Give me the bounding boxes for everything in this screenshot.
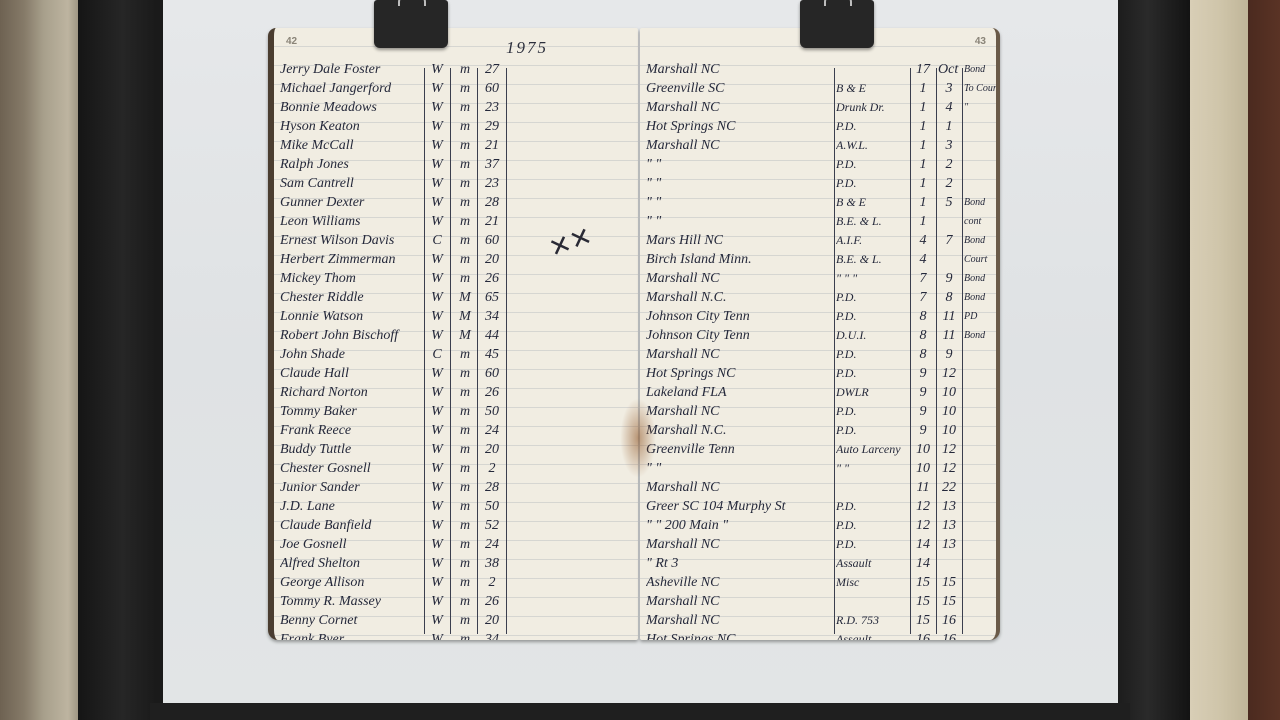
entry-name: Leon Williams bbox=[280, 212, 422, 231]
entry-note: Court bbox=[964, 250, 998, 269]
entry-date-in: 8 bbox=[912, 326, 934, 345]
entry-date-in: 1 bbox=[912, 136, 934, 155]
ledger-row: Greenville SCB & E13To Court bbox=[640, 79, 996, 98]
wall-left bbox=[0, 0, 80, 720]
entry-age: 26 bbox=[480, 592, 504, 611]
ledger-row: Marshall NC1515 bbox=[640, 592, 996, 611]
entry-name: Chester Gosnell bbox=[280, 459, 422, 478]
ledger-row: Richard NortonWm26 bbox=[274, 383, 638, 402]
entry-race: W bbox=[426, 174, 448, 193]
entry-age: 23 bbox=[480, 174, 504, 193]
ledger-row: Marshall NCDrunk Dr.14" bbox=[640, 98, 996, 117]
entry-date-in: 10 bbox=[912, 459, 934, 478]
entry-name: Jerry Dale Foster bbox=[280, 60, 422, 79]
entry-sex: M bbox=[454, 307, 476, 326]
entry-address: Hot Springs NC bbox=[646, 364, 832, 383]
entry-name: Ernest Wilson Davis bbox=[280, 231, 422, 250]
ledger-row: Marshall NCP.D.910 bbox=[640, 402, 996, 421]
entry-date-in: 1 bbox=[912, 212, 934, 231]
entry-sex: m bbox=[454, 459, 476, 478]
entry-address: " " 200 Main " bbox=[646, 516, 832, 535]
entry-race: W bbox=[426, 459, 448, 478]
entry-age: 60 bbox=[480, 231, 504, 250]
entry-address: Marshall N.C. bbox=[646, 288, 832, 307]
ledger-row: Buddy TuttleWm20 bbox=[274, 440, 638, 459]
ledger-row: Chester RiddleWM65 bbox=[274, 288, 638, 307]
ledger-row: Ralph JonesWm37 bbox=[274, 155, 638, 174]
entry-sex: m bbox=[454, 174, 476, 193]
entry-address: " " bbox=[646, 193, 832, 212]
entry-date-in: 1 bbox=[912, 193, 934, 212]
ledger-row: Marshall N.C.P.D.78Bond bbox=[640, 288, 996, 307]
entry-race: W bbox=[426, 516, 448, 535]
entry-charge: P.D. bbox=[836, 364, 906, 383]
entry-charge: A.W.L. bbox=[836, 136, 906, 155]
entry-age: 34 bbox=[480, 307, 504, 326]
entry-name: Claude Banfield bbox=[280, 516, 422, 535]
entry-sex: m bbox=[454, 497, 476, 516]
entry-date-out: 9 bbox=[938, 345, 960, 364]
ledger-row: Michael JangerfordWm60 bbox=[274, 79, 638, 98]
entry-name: Junior Sander bbox=[280, 478, 422, 497]
entry-date-out: Oct 30 bbox=[938, 60, 960, 79]
entry-age: 27 bbox=[480, 60, 504, 79]
entry-age: 65 bbox=[480, 288, 504, 307]
entry-date-out: 7 bbox=[938, 231, 960, 250]
entry-charge: P.D. bbox=[836, 402, 906, 421]
entry-charge: P.D. bbox=[836, 288, 906, 307]
entry-address: Marshall NC bbox=[646, 98, 832, 117]
entry-date-out: 13 bbox=[938, 497, 960, 516]
entry-date-out: 10 bbox=[938, 402, 960, 421]
entry-name: John Shade bbox=[280, 345, 422, 364]
entry-address: " " bbox=[646, 174, 832, 193]
entry-sex: m bbox=[454, 250, 476, 269]
entry-date-in: 17 bbox=[912, 60, 934, 79]
entry-sex: m bbox=[454, 269, 476, 288]
entry-charge: A.I.F. bbox=[836, 231, 906, 250]
left-entries: Jerry Dale FosterWm27Michael JangerfordW… bbox=[274, 60, 638, 640]
entry-charge: Auto Larceny bbox=[836, 440, 906, 459]
ledger-row: Bonnie MeadowsWm23 bbox=[274, 98, 638, 117]
entry-note: Bond bbox=[964, 60, 998, 79]
entry-age: 52 bbox=[480, 516, 504, 535]
entry-date-out: 2 bbox=[938, 155, 960, 174]
entry-age: 45 bbox=[480, 345, 504, 364]
entry-date-in: 8 bbox=[912, 307, 934, 326]
entry-charge: P.D. bbox=[836, 421, 906, 440]
ledger-row: Marshall NCP.D.89 bbox=[640, 345, 996, 364]
entry-age: 20 bbox=[480, 440, 504, 459]
entry-name: Michael Jangerford bbox=[280, 79, 422, 98]
entry-name: J.D. Lane bbox=[280, 497, 422, 516]
entry-address: Johnson City Tenn bbox=[646, 326, 832, 345]
ledger-row: Birch Island Minn.B.E. & L.4Court bbox=[640, 250, 996, 269]
entry-sex: m bbox=[454, 345, 476, 364]
entry-name: Herbert Zimmerman bbox=[280, 250, 422, 269]
ledger-row: Mars Hill NCA.I.F.47Bond bbox=[640, 231, 996, 250]
entry-address: Marshall NC bbox=[646, 592, 832, 611]
ledger-row: Marshall NC17Oct 30Bond bbox=[640, 60, 996, 79]
entry-name: Hyson Keaton bbox=[280, 117, 422, 136]
entry-note: Bond bbox=[964, 231, 998, 250]
entry-date-in: 14 bbox=[912, 554, 934, 573]
entry-name: Bonnie Meadows bbox=[280, 98, 422, 117]
entry-charge: B.E. & L. bbox=[836, 212, 906, 231]
entry-race: W bbox=[426, 155, 448, 174]
entry-date-in: 1 bbox=[912, 98, 934, 117]
entry-age: 2 bbox=[480, 459, 504, 478]
entry-age: 28 bbox=[480, 193, 504, 212]
entry-name: Frank Byer bbox=[280, 630, 422, 640]
ledger-row: Tommy R. MasseyWm26 bbox=[274, 592, 638, 611]
entry-race: W bbox=[426, 478, 448, 497]
entry-charge: B & E bbox=[836, 193, 906, 212]
entry-age: 60 bbox=[480, 364, 504, 383]
entry-name: Claude Hall bbox=[280, 364, 422, 383]
entry-address: " " bbox=[646, 459, 832, 478]
entry-date-out: 2 bbox=[938, 174, 960, 193]
entry-date-out: 4 bbox=[938, 98, 960, 117]
ledger-row: Marshall N.C.P.D.910 bbox=[640, 421, 996, 440]
entry-race: W bbox=[426, 364, 448, 383]
entry-race: W bbox=[426, 421, 448, 440]
frame-bottom-edge bbox=[150, 703, 1130, 720]
entry-note: Bond bbox=[964, 269, 998, 288]
entry-address: Marshall NC bbox=[646, 611, 832, 630]
entry-address: Marshall NC bbox=[646, 535, 832, 554]
entry-age: 20 bbox=[480, 250, 504, 269]
entry-age: 23 bbox=[480, 98, 504, 117]
entry-race: W bbox=[426, 497, 448, 516]
entry-date-out: 16 bbox=[938, 611, 960, 630]
entry-date-out: 15 bbox=[938, 573, 960, 592]
entry-address: Hot Springs NC bbox=[646, 117, 832, 136]
entry-date-in: 15 bbox=[912, 573, 934, 592]
entry-race: C bbox=[426, 231, 448, 250]
ledger-row: Mickey ThomWm26 bbox=[274, 269, 638, 288]
entry-race: W bbox=[426, 98, 448, 117]
entry-race: W bbox=[426, 402, 448, 421]
ledger-row: Junior SanderWm28 bbox=[274, 478, 638, 497]
ledger-row: Gunner DexterWm28 bbox=[274, 193, 638, 212]
entry-sex: m bbox=[454, 516, 476, 535]
entry-race: W bbox=[426, 193, 448, 212]
entry-address: Marshall NC bbox=[646, 60, 832, 79]
entry-date-out: 13 bbox=[938, 516, 960, 535]
entry-sex: m bbox=[454, 554, 476, 573]
entry-date-out: 12 bbox=[938, 440, 960, 459]
entry-address: " Rt 3 bbox=[646, 554, 832, 573]
entry-address: Birch Island Minn. bbox=[646, 250, 832, 269]
entry-race: W bbox=[426, 611, 448, 630]
entry-charge: P.D. bbox=[836, 117, 906, 136]
entry-charge: P.D. bbox=[836, 535, 906, 554]
entry-date-in: 9 bbox=[912, 421, 934, 440]
entry-address: Marshall NC bbox=[646, 478, 832, 497]
entry-sex: m bbox=[454, 383, 476, 402]
entry-name: Gunner Dexter bbox=[280, 193, 422, 212]
entry-charge: B & E bbox=[836, 79, 906, 98]
spine-stain bbox=[620, 398, 656, 478]
entry-date-in: 12 bbox=[912, 516, 934, 535]
entry-date-out: 22 bbox=[938, 478, 960, 497]
entry-date-in: 12 bbox=[912, 497, 934, 516]
entry-age: 60 bbox=[480, 79, 504, 98]
entry-sex: m bbox=[454, 212, 476, 231]
entry-race: W bbox=[426, 288, 448, 307]
entry-date-in: 15 bbox=[912, 592, 934, 611]
entry-date-in: 9 bbox=[912, 383, 934, 402]
entry-charge: " " bbox=[836, 459, 906, 478]
ledger-row: Hot Springs NCP.D.912 bbox=[640, 364, 996, 383]
entry-note: Bond bbox=[964, 288, 998, 307]
entry-charge: P.D. bbox=[836, 307, 906, 326]
entry-sex: m bbox=[454, 193, 476, 212]
ledger-row: Lakeland FLADWLR910 bbox=[640, 383, 996, 402]
ledger-year: 1975 bbox=[506, 38, 548, 58]
entry-charge: P.D. bbox=[836, 345, 906, 364]
entry-sex: m bbox=[454, 535, 476, 554]
ledger-row: Alfred SheltonWm38 bbox=[274, 554, 638, 573]
ledger-row: J.D. LaneWm50 bbox=[274, 497, 638, 516]
entry-race: W bbox=[426, 307, 448, 326]
entry-date-out: 3 bbox=[938, 136, 960, 155]
entry-age: 50 bbox=[480, 497, 504, 516]
entry-date-in: 7 bbox=[912, 288, 934, 307]
entry-date-in: 14 bbox=[912, 535, 934, 554]
entry-sex: m bbox=[454, 440, 476, 459]
ledger-row: Jerry Dale FosterWm27 bbox=[274, 60, 638, 79]
entry-name: George Allison bbox=[280, 573, 422, 592]
ledger-row: Claude BanfieldWm52 bbox=[274, 516, 638, 535]
entry-address: Greenville Tenn bbox=[646, 440, 832, 459]
entry-date-out: 15 bbox=[938, 592, 960, 611]
ledger-row: Hot Springs NCAssault1616 bbox=[640, 630, 996, 640]
wall-right bbox=[1248, 0, 1280, 720]
entry-address: Marshall NC bbox=[646, 345, 832, 364]
entry-date-in: 7 bbox=[912, 269, 934, 288]
page-number: 43 bbox=[975, 36, 986, 47]
entry-charge: B.E. & L. bbox=[836, 250, 906, 269]
binder-clip-right bbox=[800, 0, 874, 48]
ledger-row: Hot Springs NCP.D.11 bbox=[640, 117, 996, 136]
entry-note: To Court bbox=[964, 79, 998, 98]
entry-age: 21 bbox=[480, 136, 504, 155]
entry-sex: m bbox=[454, 573, 476, 592]
entry-note: " bbox=[964, 98, 998, 117]
entry-name: Mickey Thom bbox=[280, 269, 422, 288]
entry-address: Lakeland FLA bbox=[646, 383, 832, 402]
entry-name: Tommy R. Massey bbox=[280, 592, 422, 611]
entry-address: Marshall NC bbox=[646, 269, 832, 288]
entry-race: W bbox=[426, 79, 448, 98]
entry-name: Tommy Baker bbox=[280, 402, 422, 421]
entry-date-out: 1 bbox=[938, 117, 960, 136]
entry-date-in: 9 bbox=[912, 364, 934, 383]
entry-name: Sam Cantrell bbox=[280, 174, 422, 193]
entry-charge: DWLR bbox=[836, 383, 906, 402]
entry-age: 26 bbox=[480, 383, 504, 402]
entry-address: Greenville SC bbox=[646, 79, 832, 98]
entry-charge: Assault bbox=[836, 630, 906, 640]
entry-name: Frank Reece bbox=[280, 421, 422, 440]
entry-sex: m bbox=[454, 60, 476, 79]
ledger-row: Marshall NC1122 bbox=[640, 478, 996, 497]
ledger-row: Benny CornetWm20 bbox=[274, 611, 638, 630]
entry-race: W bbox=[426, 326, 448, 345]
entry-name: Richard Norton bbox=[280, 383, 422, 402]
entry-age: 29 bbox=[480, 117, 504, 136]
entry-charge: P.D. bbox=[836, 516, 906, 535]
ledger-row: Greenville TennAuto Larceny1012 bbox=[640, 440, 996, 459]
entry-sex: m bbox=[454, 231, 476, 250]
ledger-row: Marshall NCR.D. 7531516 bbox=[640, 611, 996, 630]
entry-race: W bbox=[426, 592, 448, 611]
ledger-row: Hyson KeatonWm29 bbox=[274, 117, 638, 136]
entry-note: cont bbox=[964, 212, 998, 231]
ledger-row: Frank ReeceWm24 bbox=[274, 421, 638, 440]
ledger-row: George AllisonWm2 bbox=[274, 573, 638, 592]
entry-age: 34 bbox=[480, 630, 504, 640]
entry-age: 2 bbox=[480, 573, 504, 592]
entry-sex: m bbox=[454, 364, 476, 383]
entry-date-out: 16 bbox=[938, 630, 960, 640]
ledger-row: Herbert ZimmermanWm20 bbox=[274, 250, 638, 269]
ledger-row: Claude HallWm60 bbox=[274, 364, 638, 383]
entry-address: Marshall NC bbox=[646, 402, 832, 421]
entry-date-out: 9 bbox=[938, 269, 960, 288]
ledger-row: Lonnie WatsonWM34 bbox=[274, 307, 638, 326]
ledger-row: Leon WilliamsWm21 bbox=[274, 212, 638, 231]
entry-sex: m bbox=[454, 402, 476, 421]
entry-address: Mars Hill NC bbox=[646, 231, 832, 250]
entry-age: 50 bbox=[480, 402, 504, 421]
entry-date-in: 1 bbox=[912, 174, 934, 193]
ledger-row: Joe GosnellWm24 bbox=[274, 535, 638, 554]
entry-race: W bbox=[426, 269, 448, 288]
entry-address: " " bbox=[646, 155, 832, 174]
entry-age: 24 bbox=[480, 421, 504, 440]
entry-sex: m bbox=[454, 155, 476, 174]
ledger-row: " "" "1012 bbox=[640, 459, 996, 478]
entry-date-out: 13 bbox=[938, 535, 960, 554]
ledger-row: Tommy BakerWm50 bbox=[274, 402, 638, 421]
ledger-row: Chester GosnellWm2 bbox=[274, 459, 638, 478]
entry-date-out: 11 bbox=[938, 307, 960, 326]
entry-sex: m bbox=[454, 117, 476, 136]
entry-sex: m bbox=[454, 630, 476, 640]
entry-age: 37 bbox=[480, 155, 504, 174]
entry-age: 26 bbox=[480, 269, 504, 288]
ledger-row: Robert John BischoffWM44 bbox=[274, 326, 638, 345]
entry-race: C bbox=[426, 345, 448, 364]
entry-sex: m bbox=[454, 592, 476, 611]
ledger-row: John ShadeCm45 bbox=[274, 345, 638, 364]
entry-sex: m bbox=[454, 611, 476, 630]
entry-race: W bbox=[426, 630, 448, 640]
ledger-book: 42 1975 ✕✕ Jerry Dale FosterWm27Michael … bbox=[268, 28, 1000, 644]
entry-address: Asheville NC bbox=[646, 573, 832, 592]
entry-date-in: 11 bbox=[912, 478, 934, 497]
ledger-row: " " 200 Main "P.D.1213 bbox=[640, 516, 996, 535]
ledger-row: Mike McCallWm21 bbox=[274, 136, 638, 155]
entry-sex: m bbox=[454, 136, 476, 155]
entry-date-out: 11 bbox=[938, 326, 960, 345]
ledger-row: " "B & E15Bond bbox=[640, 193, 996, 212]
entry-sex: m bbox=[454, 421, 476, 440]
entry-race: W bbox=[426, 212, 448, 231]
entry-charge: P.D. bbox=[836, 155, 906, 174]
entry-age: 28 bbox=[480, 478, 504, 497]
ledger-row: Sam CantrellWm23 bbox=[274, 174, 638, 193]
entry-address: Johnson City Tenn bbox=[646, 307, 832, 326]
wall-trim-right bbox=[1190, 0, 1250, 720]
entry-date-in: 4 bbox=[912, 250, 934, 269]
entry-date-in: 1 bbox=[912, 117, 934, 136]
entry-race: W bbox=[426, 535, 448, 554]
entry-charge: P.D. bbox=[836, 174, 906, 193]
entry-race: W bbox=[426, 136, 448, 155]
entry-address: Marshall NC bbox=[646, 136, 832, 155]
entry-date-out: 10 bbox=[938, 383, 960, 402]
binder-clip-left bbox=[374, 0, 448, 48]
entry-date-in: 15 bbox=[912, 611, 934, 630]
ledger-page-left: 42 1975 ✕✕ Jerry Dale FosterWm27Michael … bbox=[268, 28, 638, 640]
entry-race: W bbox=[426, 383, 448, 402]
entry-sex: m bbox=[454, 79, 476, 98]
entry-charge: Misc bbox=[836, 573, 906, 592]
entry-race: W bbox=[426, 573, 448, 592]
right-entries: Marshall NC17Oct 30BondGreenville SCB & … bbox=[640, 60, 996, 640]
ledger-row: Asheville NCMisc1515 bbox=[640, 573, 996, 592]
ledger-row: Ernest Wilson DavisCm60 bbox=[274, 231, 638, 250]
entry-name: Robert John Bischoff bbox=[280, 326, 422, 345]
entry-address: Hot Springs NC bbox=[646, 630, 832, 640]
entry-date-out: 12 bbox=[938, 364, 960, 383]
entry-charge: D.U.I. bbox=[836, 326, 906, 345]
entry-sex: M bbox=[454, 326, 476, 345]
entry-name: Joe Gosnell bbox=[280, 535, 422, 554]
entry-race: W bbox=[426, 250, 448, 269]
entry-date-in: 8 bbox=[912, 345, 934, 364]
entry-age: 38 bbox=[480, 554, 504, 573]
entry-race: W bbox=[426, 554, 448, 573]
entry-date-in: 10 bbox=[912, 440, 934, 459]
entry-date-in: 1 bbox=[912, 155, 934, 174]
ledger-row: " "P.D.12 bbox=[640, 174, 996, 193]
entry-note: Bond bbox=[964, 193, 998, 212]
entry-note: PD bbox=[964, 307, 998, 326]
entry-age: 20 bbox=[480, 611, 504, 630]
entry-sex: m bbox=[454, 478, 476, 497]
entry-date-in: 1 bbox=[912, 79, 934, 98]
ledger-row: Greer SC 104 Murphy StP.D.1213 bbox=[640, 497, 996, 516]
entry-address: " " bbox=[646, 212, 832, 231]
entry-name: Benny Cornet bbox=[280, 611, 422, 630]
ledger-row: Johnson City TennD.U.I.811Bond bbox=[640, 326, 996, 345]
entry-charge: Assault bbox=[836, 554, 906, 573]
ledger-row: " "B.E. & L.1cont bbox=[640, 212, 996, 231]
entry-race: W bbox=[426, 440, 448, 459]
ledger-row: Johnson City TennP.D.811PD bbox=[640, 307, 996, 326]
entry-date-in: 16 bbox=[912, 630, 934, 640]
entry-address: Marshall N.C. bbox=[646, 421, 832, 440]
entry-name: Mike McCall bbox=[280, 136, 422, 155]
entry-race: W bbox=[426, 60, 448, 79]
entry-date-out: 12 bbox=[938, 459, 960, 478]
entry-date-in: 4 bbox=[912, 231, 934, 250]
